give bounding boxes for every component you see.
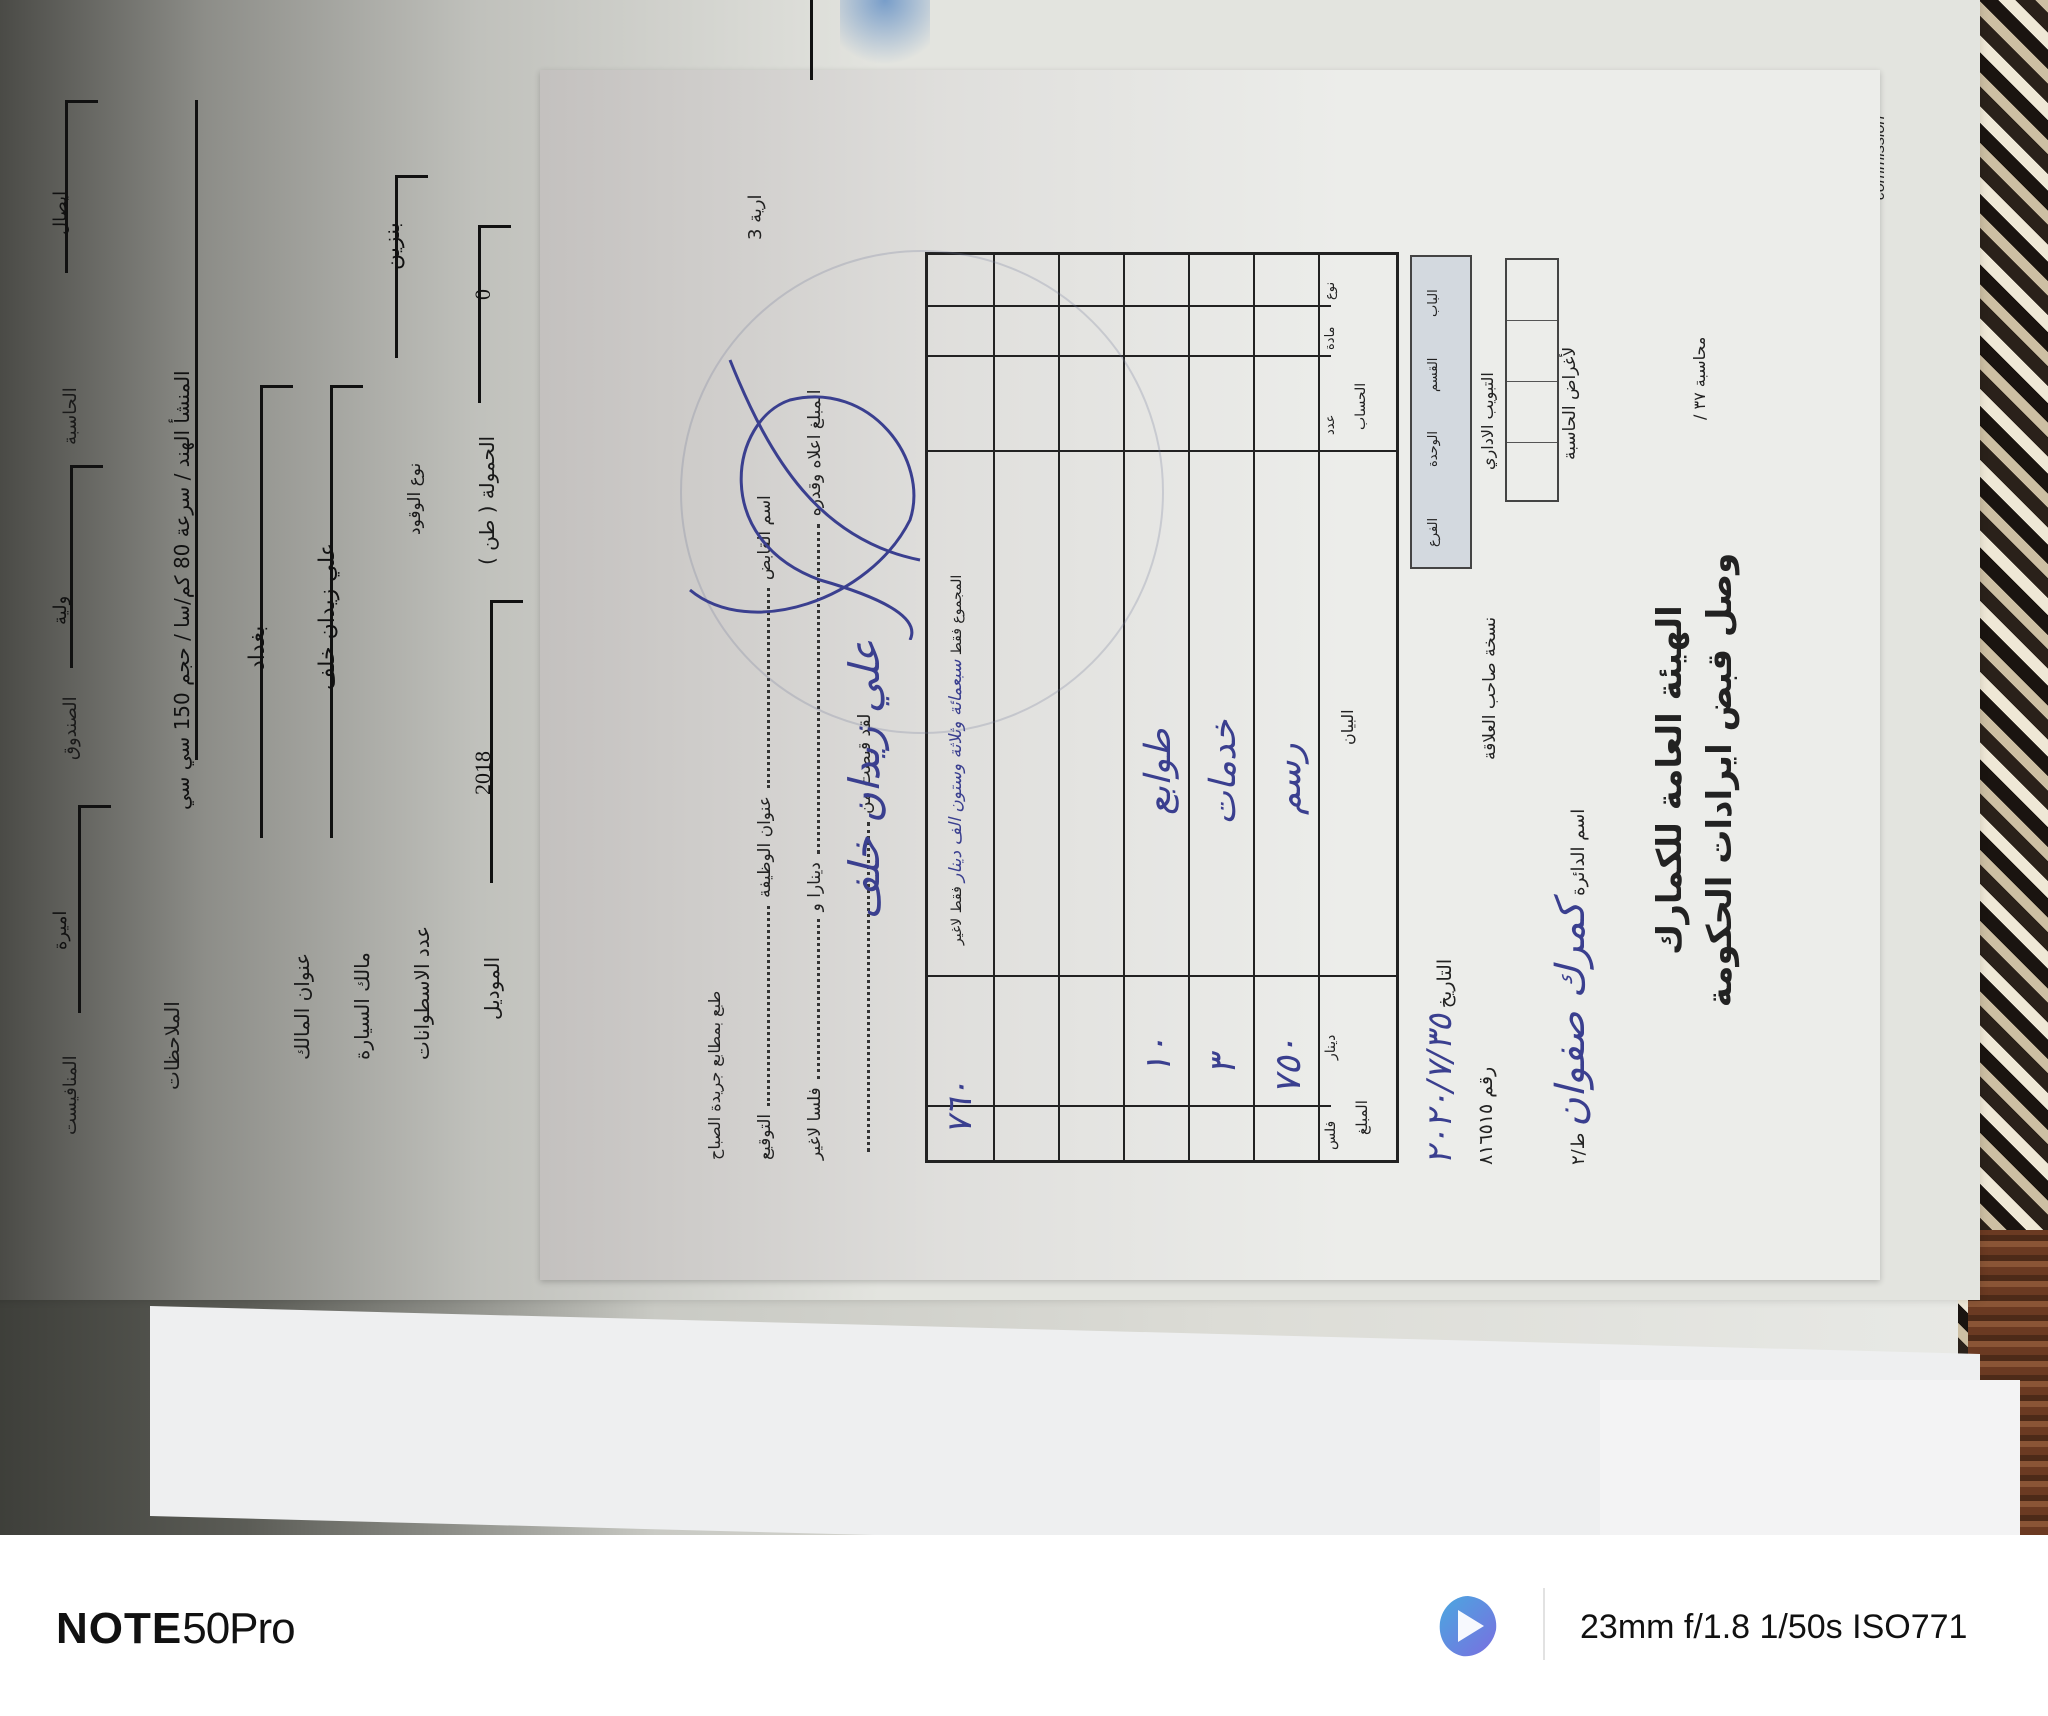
watermark-divider: [1543, 1588, 1545, 1660]
calculator-value: ايصال: [50, 191, 71, 235]
admin-col-bab: الباب: [1426, 289, 1441, 317]
account-type-header: نوع: [1323, 282, 1338, 300]
signature-scribble: [670, 340, 930, 640]
authority-name: الهيئة العامة للكمارك: [1650, 430, 1690, 1130]
capacity-value: 0: [470, 289, 496, 300]
account-count-header: عدد: [1323, 415, 1338, 435]
office-value: كمرك صفوان: [1548, 902, 1594, 1127]
fils-header: فلس: [1323, 1121, 1339, 1150]
left-edge-text: ارية 3: [745, 194, 766, 240]
job-title-label: عنوان الوظيفة: [755, 796, 775, 898]
address-bracket: [260, 385, 293, 838]
receipt-header: الهيئة العامة للكمارك وصل قبض ايرادات ال…: [1650, 430, 1740, 1130]
box-bracket: [70, 465, 103, 668]
account-header: الحساب: [1353, 383, 1369, 430]
description-header: البيان: [1338, 709, 1357, 745]
manifest-value: اميرة: [50, 911, 71, 950]
notes-label: الملاحظات: [160, 1001, 184, 1090]
car-owner-label: مالك السيارة: [350, 952, 374, 1060]
admin-col-wahda: الوحدة: [1426, 431, 1441, 467]
capacity-label: الحمولة ( طن ): [475, 436, 499, 565]
device-model-brand: NOTE: [56, 1604, 182, 1653]
row-3-description: طوابع: [1138, 729, 1179, 815]
receipt-number: ٨١٦٥١٥: [1475, 1104, 1497, 1165]
camera-brand-logo-icon: [1432, 1590, 1504, 1662]
row-1-description: رسم: [1268, 743, 1309, 815]
notes-value: المنشأ الهند / سرعة 80 كم/سا / حجم 150 س…: [170, 370, 194, 810]
left-edge-line: [810, 0, 813, 80]
account-material-header: مادة: [1323, 326, 1338, 350]
calculator-label: الحاسبة: [60, 387, 81, 445]
fuel-type-label: نوع الوقود: [405, 463, 425, 535]
admin-col-far: الفرع: [1426, 518, 1441, 547]
owner-address-value: بغداد: [245, 626, 270, 670]
row-2-dinar: ٣: [1203, 1056, 1244, 1075]
device-model-suffix: 50Pro: [182, 1604, 294, 1653]
office-line: اسم الدائرة كمرك صفوان ط/٢: [1548, 809, 1594, 1165]
model-label: الموديل: [480, 957, 504, 1020]
document-photo: ublic c try Of commission الهيئة العامة …: [0, 0, 2048, 1535]
row-3-dinar: ١٠: [1138, 1036, 1179, 1075]
office-label: اسم الدائرة: [1568, 809, 1589, 896]
dinar-header: دينار: [1323, 1035, 1339, 1060]
date-label: التاريخ: [1434, 959, 1456, 1008]
amount-header: المبلغ: [1353, 1100, 1371, 1135]
manifest-bracket: [78, 805, 111, 1013]
capacity-bracket: [478, 225, 511, 403]
admin-classification-label: التبويب الاداري: [1478, 372, 1497, 470]
box-label: الصندوق: [60, 696, 81, 760]
calculator-bracket: [65, 100, 98, 273]
model-value: 2018: [470, 751, 496, 795]
notes-line: [195, 100, 198, 760]
accounting-purposes-label: لأغراض الحاسبة: [1560, 347, 1580, 460]
car-owner-value: علي زيدان خلف: [315, 543, 340, 690]
date-line: التاريخ ٢٠٢٠/٧/٣٥: [1420, 959, 1460, 1165]
printer-note: طبع بمطابع جريدة الصباح: [705, 991, 724, 1160]
row-1-dinar: ٧٥٠: [1268, 1037, 1309, 1095]
lower-paper-sheet-right: [1600, 1380, 2020, 1535]
receipt-title: وصل قبض ايرادات الحكومة: [1700, 430, 1740, 1130]
admin-classification-grid: الباب القسم الوحدة الفرع: [1410, 255, 1472, 569]
row-2-description: خدمات: [1203, 720, 1244, 825]
owner-address-label: عنوان المالك: [290, 953, 314, 1060]
box-value: ولية: [50, 596, 71, 625]
total-suffix: فقط لاغير: [949, 886, 965, 945]
device-model: NOTE50Pro: [56, 1604, 295, 1654]
receipt-number-label: رقم: [1475, 1067, 1497, 1098]
admin-col-qism: القسم: [1426, 358, 1441, 392]
model-bracket: [490, 600, 523, 883]
blue-stamp-fragment: [840, 0, 930, 80]
owner-copy-label: نسخة صاحب العلاقة: [1480, 617, 1500, 760]
accounting-boxes: [1505, 258, 1559, 502]
amount-above-unit: دينارا و: [805, 862, 825, 911]
total-value: ٧٦٠: [940, 1080, 980, 1135]
cylinders-label: عدد الاسطوانات: [410, 926, 434, 1060]
signature-label: التوقيع: [755, 1114, 775, 1160]
date-value: ٢٠٢٠/٧/٣٥: [1420, 1014, 1460, 1165]
form-number: محاسبة ٣٧ /: [1690, 337, 1709, 420]
manifest-label: المنافيست: [60, 1055, 81, 1135]
amount-above-suffix: فلسا لاغير: [805, 1087, 825, 1160]
fuel-type-value: بنزين: [380, 222, 405, 270]
office-suffix: ط/٢: [1568, 1133, 1589, 1165]
receipt-number-line: رقم ٨١٦٥١٥: [1475, 1067, 1497, 1165]
exif-info: 23mm f/1.8 1/50s ISO771: [1580, 1608, 1967, 1647]
